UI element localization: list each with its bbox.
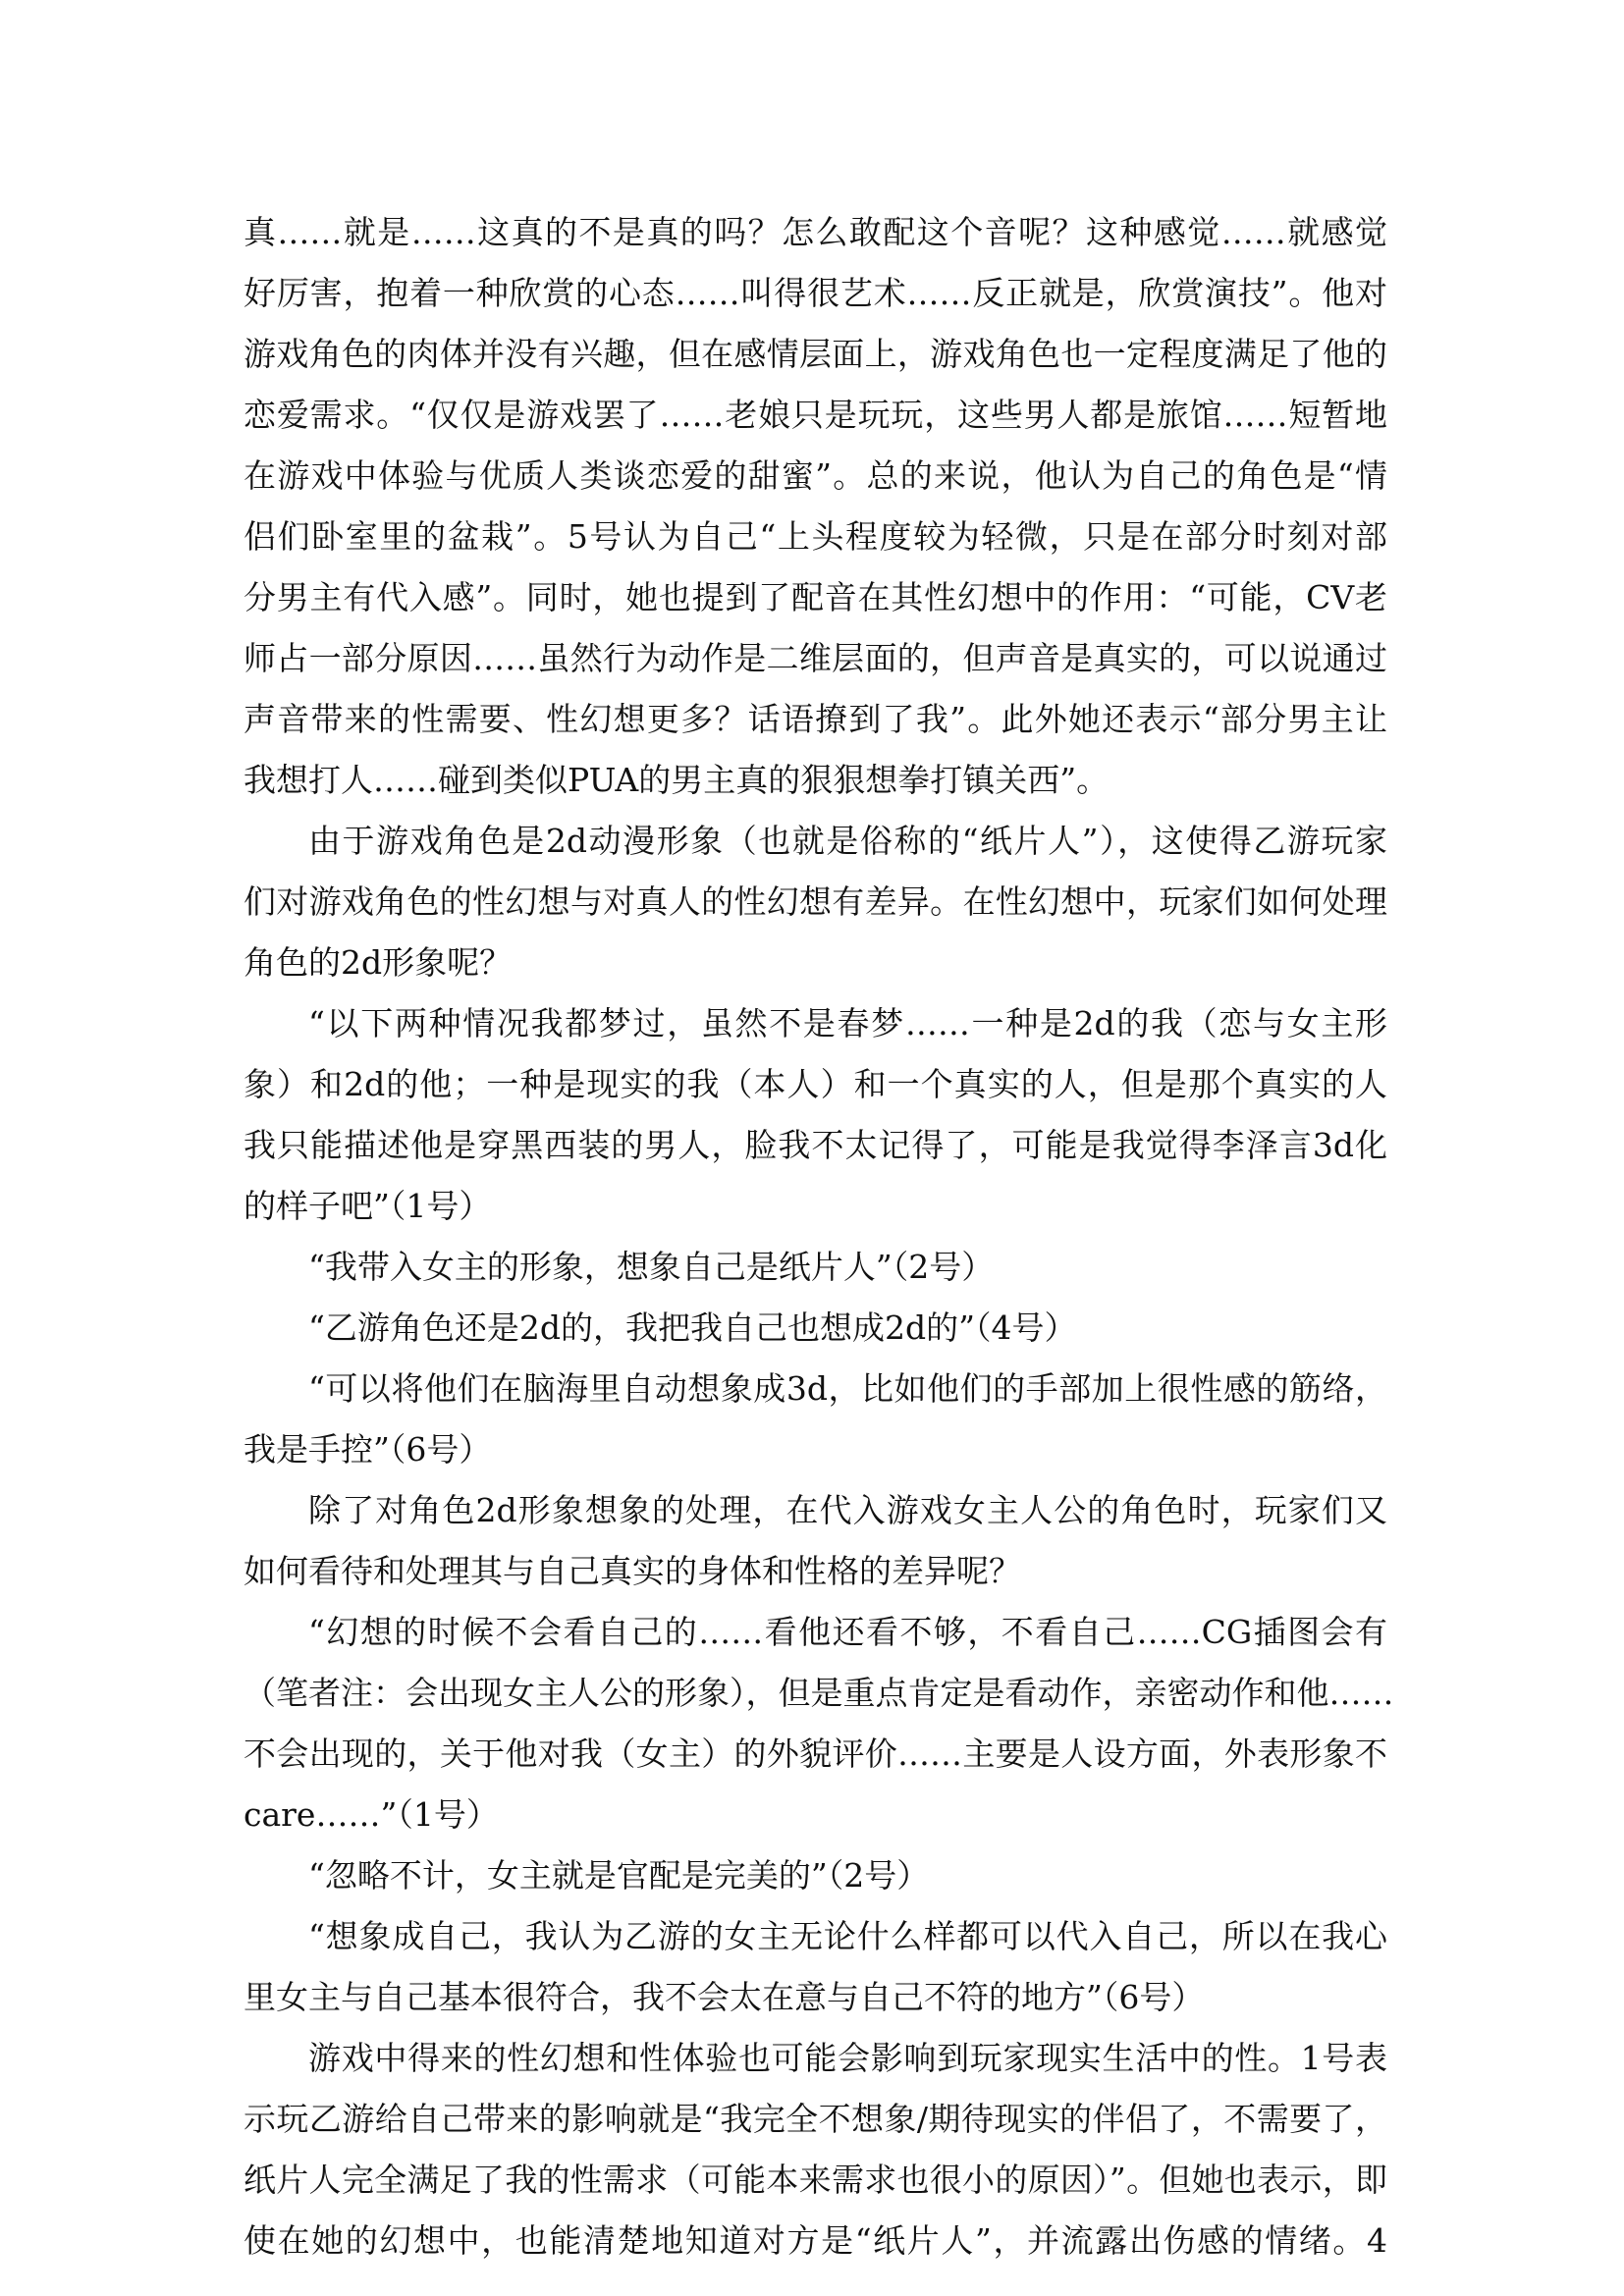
text-line: 声音带来的性需要、性幻想更多？话语撩到了我”。此外她还表示“部分男主让 xyxy=(244,689,1387,750)
text-line: “忽略不计，女主就是官配是完美的”（2号） xyxy=(244,1845,1387,1906)
paragraph-voice-acting-appreciation: 真……就是……这真的不是真的吗？怎么敢配这个音呢？这种感觉……就感觉 好厉害，抱… xyxy=(244,202,1387,811)
text-line: “幻想的时候不会看自己的……看他还看不够，不看自己……CG插图会有 xyxy=(244,1602,1387,1663)
quote-participant-2-ignore: “忽略不计，女主就是官配是完美的”（2号） xyxy=(244,1845,1387,1906)
text-line: 使在她的幻想中，也能清楚地知道对方是“纸片人”，并流露出伤感的情绪。4 xyxy=(244,2211,1387,2271)
text-line: 师占一部分原因……虽然行为动作是二维层面的，但声音是真实的，可以说通过 xyxy=(244,628,1387,689)
text-line: 由于游戏角色是2d动漫形象（也就是俗称的“纸片人”），这使得乙游玩家 xyxy=(244,811,1387,872)
text-line: 我是手控”（6号） xyxy=(244,1419,1387,1480)
text-line: 分男主有代入感”。同时，她也提到了配音在其性幻想中的作用：“可能，CV老 xyxy=(244,567,1387,628)
text-line: 侣们卧室里的盆栽”。5号认为自己“上头程度较为轻微，只是在部分时刻对部 xyxy=(244,507,1387,567)
text-line: 里女主与自己基本很符合，我不会太在意与自己不符的地方”（6号） xyxy=(244,1967,1387,2028)
text-line: “乙游角色还是2d的，我把我自己也想成2d的”（4号） xyxy=(244,1298,1387,1359)
text-line: 的样子吧”（1号） xyxy=(244,1176,1387,1237)
quote-participant-1-dreams: “以下两种情况我都梦过，虽然不是春梦……一种是2d的我（恋与女主形 象）和2d的… xyxy=(244,993,1387,1237)
text-line: 好厉害，抱着一种欣赏的心态……叫得很艺术……反正就是，欣赏演技”。他对 xyxy=(244,263,1387,324)
text-line: 真……就是……这真的不是真的吗？怎么敢配这个音呢？这种感觉……就感觉 xyxy=(244,202,1387,263)
quote-participant-1-fantasy: “幻想的时候不会看自己的……看他还看不够，不看自己……CG插图会有 （笔者注：会… xyxy=(244,1602,1387,1845)
text-line: 除了对角色2d形象想象的处理，在代入游戏女主人公的角色时，玩家们又 xyxy=(244,1480,1387,1541)
text-line: 象）和2d的他；一种是现实的我（本人）和一个真实的人，但是那个真实的人 xyxy=(244,1054,1387,1115)
text-line: 我想打人……碰到类似PUA的男主真的狠狠想拳打镇关西”。 xyxy=(244,750,1387,811)
document-page: 真……就是……这真的不是真的吗？怎么敢配这个音呢？这种感觉……就感觉 好厉害，抱… xyxy=(244,202,1387,2271)
text-line: “可以将他们在脑海里自动想象成3d，比如他们的手部加上很性感的筋络， xyxy=(244,1359,1387,1419)
text-line: care……”（1号） xyxy=(244,1785,1387,1845)
text-line: 如何看待和处理其与自己真实的身体和性格的差异呢？ xyxy=(244,1541,1387,1602)
text-line: “想象成自己，我认为乙游的女主无论什么样都可以代入自己，所以在我心 xyxy=(244,1906,1387,1967)
text-line: 我只能描述他是穿黑西装的男人，脸我不太记得了，可能是我觉得李泽言3d化 xyxy=(244,1115,1387,1176)
text-line: 游戏角色的肉体并没有兴趣，但在感情层面上，游戏角色也一定程度满足了他的 xyxy=(244,324,1387,385)
text-line: （笔者注：会出现女主人公的形象），但是重点肯定是看动作，亲密动作和他…… xyxy=(244,1663,1387,1724)
text-line: “以下两种情况我都梦过，虽然不是春梦……一种是2d的我（恋与女主形 xyxy=(244,993,1387,1054)
text-line: 们对游戏角色的性幻想与对真人的性幻想有差异。在性幻想中，玩家们如何处理 xyxy=(244,872,1387,933)
text-line: 游戏中得来的性幻想和性体验也可能会影响到玩家现实生活中的性。1号表 xyxy=(244,2028,1387,2089)
text-line: 在游戏中体验与优质人类谈恋爱的甜蜜”。总的来说，他认为自己的角色是“情 xyxy=(244,446,1387,507)
text-line: 不会出现的，关于他对我（女主）的外貌评价……主要是人设方面，外表形象不 xyxy=(244,1724,1387,1785)
text-line: “我带入女主的形象，想象自己是纸片人”（2号） xyxy=(244,1237,1387,1298)
quote-participant-2: “我带入女主的形象，想象自己是纸片人”（2号） xyxy=(244,1237,1387,1298)
text-line: 角色的2d形象呢？ xyxy=(244,933,1387,993)
text-line: 示玩乙游给自己带来的影响就是“我完全不想象/期待现实的伴侣了，不需要了， xyxy=(244,2089,1387,2150)
quote-participant-4: “乙游角色还是2d的，我把我自己也想成2d的”（4号） xyxy=(244,1298,1387,1359)
paragraph-2d-image-question: 由于游戏角色是2d动漫形象（也就是俗称的“纸片人”），这使得乙游玩家 们对游戏角… xyxy=(244,811,1387,993)
quote-participant-6-3d: “可以将他们在脑海里自动想象成3d，比如他们的手部加上很性感的筋络， 我是手控”… xyxy=(244,1359,1387,1480)
text-line: 恋爱需求。“仅仅是游戏罢了……老娘只是玩玩，这些男人都是旅馆……短暂地 xyxy=(244,385,1387,446)
quote-participant-6-self: “想象成自己，我认为乙游的女主无论什么样都可以代入自己，所以在我心 里女主与自己… xyxy=(244,1906,1387,2028)
text-line: 纸片人完全满足了我的性需求（可能本来需求也很小的原因）”。但她也表示，即 xyxy=(244,2150,1387,2211)
paragraph-real-life-impact: 游戏中得来的性幻想和性体验也可能会影响到玩家现实生活中的性。1号表 示玩乙游给自… xyxy=(244,2028,1387,2271)
paragraph-body-difference-question: 除了对角色2d形象想象的处理，在代入游戏女主人公的角色时，玩家们又 如何看待和处… xyxy=(244,1480,1387,1602)
